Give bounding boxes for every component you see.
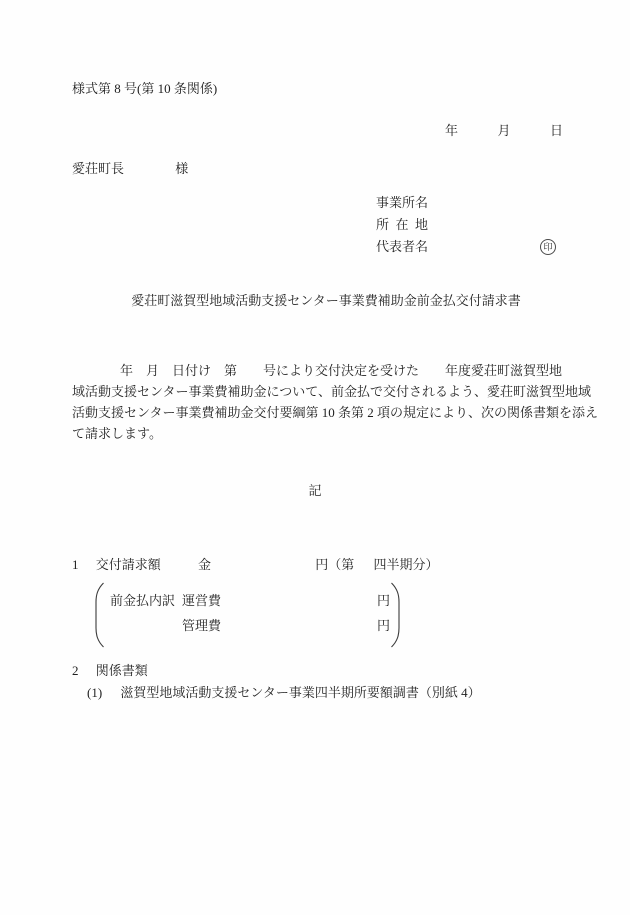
item2-label: 関係書類 <box>96 663 148 678</box>
breakdown-row2-unit: 円 <box>377 615 390 634</box>
representative-row: 代表者名 印 <box>376 236 435 258</box>
breakdown-row1-unit: 円 <box>377 590 390 609</box>
item1-amount-prefix: 金 <box>198 557 211 572</box>
left-bracket <box>93 582 105 648</box>
date-day-label: 日 <box>550 120 563 139</box>
item1-quarter-suffix: 四半期分） <box>374 557 439 572</box>
addressee-line: 愛荘町長 様 <box>72 158 188 177</box>
item1-request-amount: 1 交付請求額 金 円（第 四半期分） <box>72 554 439 573</box>
request-form-document: 様式第 8 号(第 10 条関係) 年 月 日 愛荘町長 様 事業所名 所在地 … <box>0 0 630 915</box>
addressee-honorific: 様 <box>175 161 188 176</box>
item1-unit-quarter-prefix: 円（第 <box>315 557 354 572</box>
item2-sub-number: (1) <box>87 685 102 700</box>
breakdown-label: 前金払内訳 <box>110 590 175 609</box>
date-month-label: 月 <box>497 120 510 139</box>
right-bracket <box>390 582 402 648</box>
business-name-label: 事業所名 <box>376 195 428 210</box>
item1-number: 1 <box>72 557 79 572</box>
body-paragraph: 年 月 日付け 第 号により交付決定を受けた 年度愛荘町滋賀型地 域活動支援セン… <box>72 360 598 444</box>
ki-heading: 記 <box>0 480 630 499</box>
address-row: 所在地 <box>376 214 435 236</box>
seal-icon: 印 <box>540 239 556 255</box>
item2-sub-text: 滋賀型地域活動支援センター事業四半期所要額調書（別紙 4） <box>120 685 480 700</box>
document-title: 愛荘町滋賀型地域活動支援センター事業費補助金前金払交付請求書 <box>0 290 630 309</box>
date-year-label: 年 <box>445 120 458 139</box>
form-number: 様式第 8 号(第 10 条関係) <box>72 78 217 97</box>
address-label: 所在地 <box>376 217 435 232</box>
item1-label: 交付請求額 <box>96 557 161 572</box>
item2-number: 2 <box>72 663 79 678</box>
item2-related-documents: 2 関係書類 <box>72 660 148 679</box>
breakdown-row1-name: 運営費 <box>182 590 221 609</box>
business-name-row: 事業所名 <box>376 192 435 214</box>
item2-sub-line: (1) 滋賀型地域活動支援センター事業四半期所要額調書（別紙 4） <box>87 682 481 701</box>
breakdown-row2-name: 管理費 <box>182 615 221 634</box>
applicant-block: 事業所名 所在地 代表者名 印 <box>376 192 435 258</box>
date-line: 年 月 日 <box>445 120 563 139</box>
addressee-title: 愛荘町長 <box>72 161 124 176</box>
representative-label: 代表者名 <box>376 239 428 254</box>
